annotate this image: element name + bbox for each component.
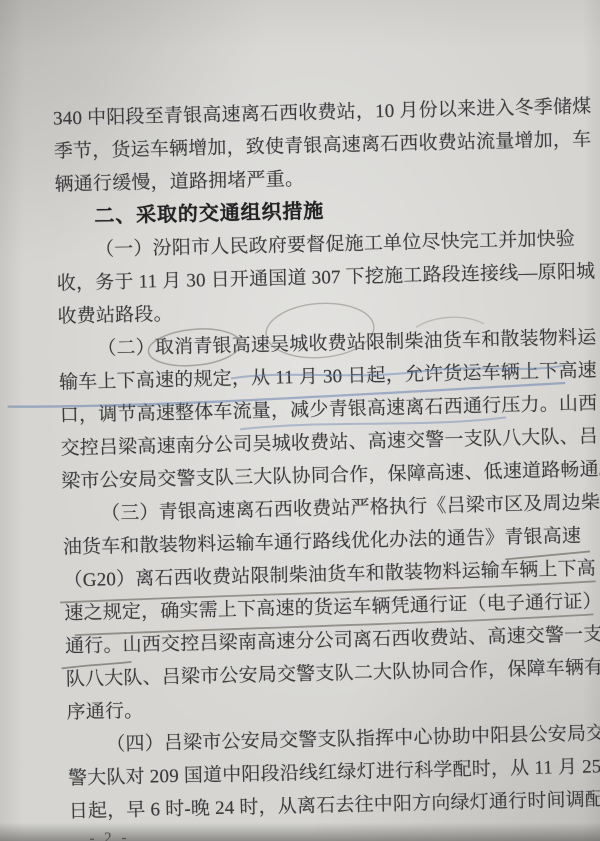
- document-page: 340 中阳段至青银高速离石西收费站，10 月份以来进入冬季储煤 季节，货运车辆…: [53, 90, 600, 841]
- document-photo: { "document": { "lines": [ "340 中阳段至青银高速…: [0, 0, 600, 841]
